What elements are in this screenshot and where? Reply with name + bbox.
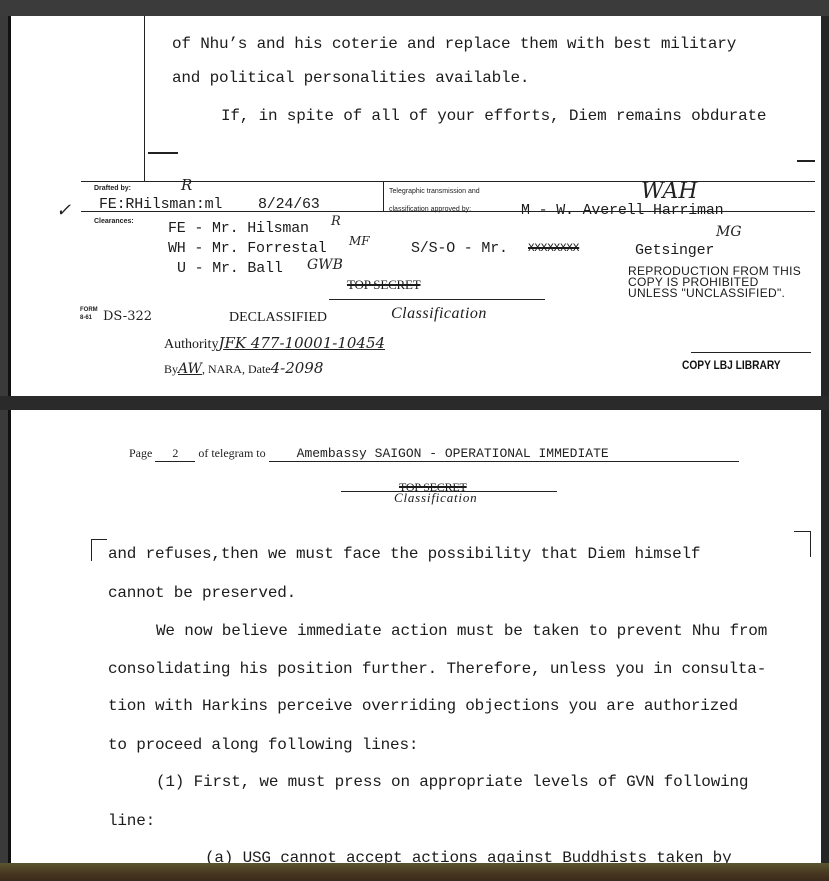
notice-line: UNLESS "UNCLASSIFIED". (628, 288, 801, 299)
document-page-1: of Nhu’s and his coterie and replace the… (8, 16, 821, 396)
bracket-right-top (794, 531, 810, 532)
ss-o-struck-name: XXXXXXXX (528, 243, 579, 255)
by-label: By (164, 362, 178, 376)
nara-label: , NARA, Date (202, 362, 271, 376)
desktop-wallpaper (0, 863, 829, 881)
clearance-item: WH - Mr. Forrestal (168, 240, 326, 257)
clearances-label: Clearances: (94, 218, 134, 225)
handwritten-initial: MF (349, 234, 370, 248)
classification-label: Classification (391, 305, 487, 323)
ss-o-name: Getsinger (635, 242, 714, 259)
clearance-item: U - Mr. Ball (177, 260, 283, 277)
form-divider (383, 181, 384, 211)
handwritten-initial: MG (716, 224, 742, 240)
telegram-recipient: Amembassy SAIGON - OPERATIONAL IMMEDIATE (269, 446, 739, 462)
classification-rule (329, 299, 545, 300)
ss-o-prefix: S/S-O - Mr. (411, 240, 508, 257)
handwritten-initial: R (181, 176, 192, 194)
viewer-top-bar (0, 0, 829, 16)
telegram-header: Page 2 of telegram to Amembassy SAIGON -… (129, 446, 739, 462)
section-dash (148, 152, 178, 154)
library-stamp: COPY LBJ LIBRARY (682, 358, 781, 372)
page-separator (0, 396, 829, 410)
classification-approved-label: classification approved by: (389, 206, 471, 213)
handwritten-initial: GWB (307, 257, 343, 273)
page-number: 2 (155, 446, 195, 462)
approved-by-value: M - W. Averell Harriman (521, 202, 723, 219)
stamp-rule (691, 352, 811, 353)
drafted-by-value: FE:RHilsman:ml (99, 196, 222, 213)
by-value: AW (178, 361, 202, 377)
body-line: of Nhu’s and his coterie and replace the… (172, 35, 736, 53)
page-label: Page (129, 446, 152, 460)
bracket-left-top (91, 539, 107, 540)
telegraphic-label: Telegraphic transmission and (389, 188, 480, 195)
body-line: consolidating his position further. Ther… (108, 660, 766, 678)
body-line: We now believe immediate action must be … (156, 622, 767, 640)
authority-row: AuthorityJFK 477-10001-10454 (164, 334, 385, 353)
body-line: line: (108, 812, 155, 830)
check-mark-icon: ✓ (56, 200, 71, 221)
clearance-item: FE - Mr. Hilsman (168, 220, 309, 237)
harriman-signature: WAH (641, 179, 698, 204)
margin-rule (144, 16, 145, 181)
body-line: If, in spite of all of your efforts, Die… (221, 107, 766, 125)
by-row: ByAW, NARA, Date4-2098 (164, 359, 323, 378)
drafted-date: 8/24/63 (258, 196, 320, 213)
authority-label: Authority (164, 337, 218, 352)
body-line: cannot be preserved. (108, 584, 296, 602)
handwritten-initial: R (331, 214, 341, 229)
body-line: (1) First, we must press on appropriate … (156, 773, 748, 791)
body-line: and refuses,then we must face the possib… (108, 545, 700, 563)
form-date: 8-61 (80, 315, 92, 321)
date-value: 4-2098 (271, 359, 324, 377)
body-line: (a) USG cannot accept actions against Bu… (205, 849, 732, 863)
section-dash (797, 160, 815, 162)
reproduction-notice: REPRODUCTION FROM THIS COPY IS PROHIBITE… (628, 266, 801, 299)
classification-label: Classification (394, 490, 477, 506)
bracket-right (810, 531, 811, 557)
classification-struck: TOP SECRET (347, 277, 421, 293)
form-number: DS-322 (103, 309, 152, 324)
authority-value: JFK 477-10001-10454 (218, 334, 385, 352)
body-line: to proceed along following lines: (108, 736, 418, 754)
body-line: tion with Harkins perceive overriding ob… (108, 697, 738, 715)
drafted-by-label: Drafted by: (94, 185, 131, 192)
bracket-left (91, 539, 92, 561)
document-page-2: Page 2 of telegram to Amembassy SAIGON -… (8, 410, 821, 863)
form-label: FORM (80, 307, 98, 313)
telegram-label: of telegram to (198, 446, 265, 460)
declassified-title: DECLASSIFIED (229, 310, 327, 326)
body-line: and political personalities available. (172, 69, 529, 87)
